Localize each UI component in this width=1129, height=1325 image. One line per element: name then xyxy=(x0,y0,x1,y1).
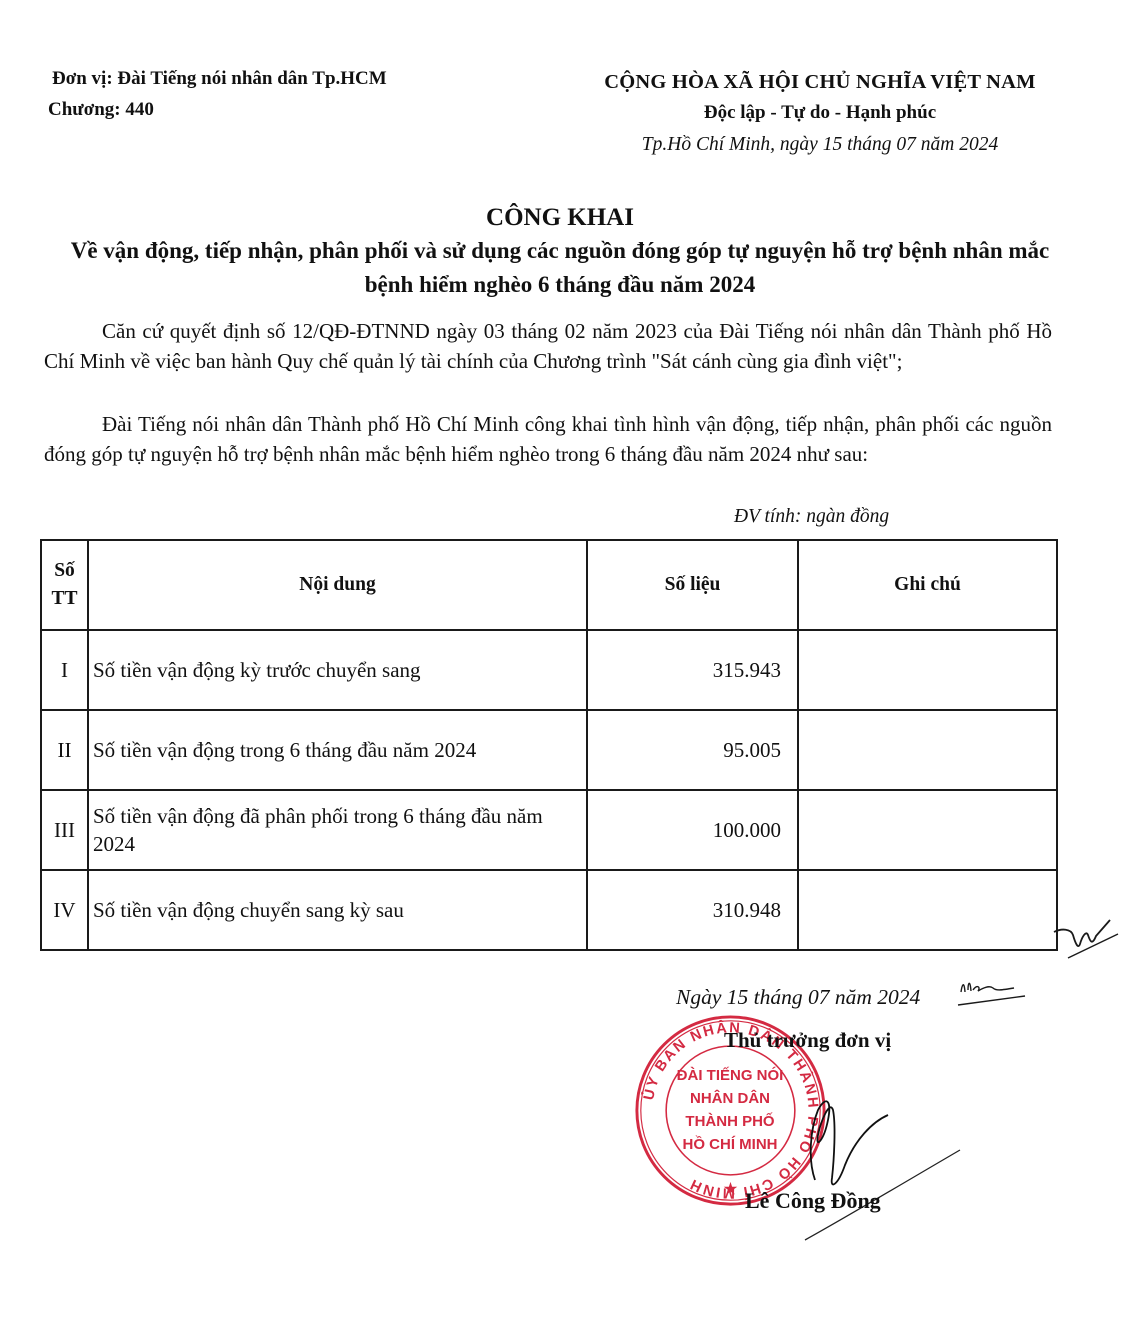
chapter-code: Chương: 440 xyxy=(48,99,154,121)
stt-header-line1: Số xyxy=(54,560,75,581)
stt-header-line2: TT xyxy=(51,588,77,609)
signature-date: Ngày 15 tháng 07 năm 2024 xyxy=(676,985,920,1010)
row-value: 310.948 xyxy=(587,870,798,950)
row-stt: IV xyxy=(41,870,88,950)
place-date: Tp.Hồ Chí Minh, ngày 15 tháng 07 năm 202… xyxy=(580,134,1060,156)
row-note xyxy=(798,870,1057,950)
disclosure-paragraph: Đài Tiếng nói nhân dân Thành phố Hồ Chí … xyxy=(44,409,1052,469)
table-header-row: Số TT Nội dung Số liệu Ghi chú xyxy=(41,540,1057,630)
document-title: CÔNG KHAI xyxy=(40,202,1080,234)
funds-table: Số TT Nội dung Số liệu Ghi chú I Số tiền… xyxy=(40,539,1058,951)
table-row: IV Số tiền vận động chuyển sang kỳ sau 3… xyxy=(41,870,1057,950)
row-stt: I xyxy=(41,630,88,710)
seal-inner-text: ĐÀI TIẾNG NÓI NHÂN DÂN THÀNH PHỐ HỒ CHÍ … xyxy=(660,1064,800,1156)
column-header-content: Nội dung xyxy=(88,540,587,630)
row-note xyxy=(798,630,1057,710)
row-value: 95.005 xyxy=(587,710,798,790)
column-header-stt: Số TT xyxy=(41,540,88,630)
table-row: III Số tiền vận động đã phân phối trong … xyxy=(41,790,1057,870)
row-note xyxy=(798,790,1057,870)
table-row: I Số tiền vận động kỳ trước chuyển sang … xyxy=(41,630,1057,710)
row-value: 315.943 xyxy=(587,630,798,710)
row-stt: II xyxy=(41,710,88,790)
row-content: Số tiền vận động kỳ trước chuyển sang xyxy=(88,630,587,710)
row-stt: III xyxy=(41,790,88,870)
row-note xyxy=(798,710,1057,790)
nation-motto: Độc lập - Tự do - Hạnh phúc xyxy=(580,102,1060,124)
table-row: II Số tiền vận động trong 6 tháng đầu nă… xyxy=(41,710,1057,790)
document-subtitle: Về vận động, tiếp nhận, phân phối và sử … xyxy=(60,234,1060,302)
national-header: CỘNG HÒA XÃ HỘI CHỦ NGHĨA VIỆT NAM Độc l… xyxy=(580,70,1060,156)
row-content: Số tiền vận động chuyển sang kỳ sau xyxy=(88,870,587,950)
row-content: Số tiền vận động trong 6 tháng đầu năm 2… xyxy=(88,710,587,790)
column-header-note: Ghi chú xyxy=(798,540,1057,630)
column-header-value: Số liệu xyxy=(587,540,798,630)
svg-text:★: ★ xyxy=(723,1179,739,1199)
seal-line: THÀNH PHỐ xyxy=(660,1110,800,1133)
document-title-block: CÔNG KHAI Về vận động, tiếp nhận, phân p… xyxy=(40,202,1080,302)
currency-unit-note: ĐV tính: ngàn đồng xyxy=(734,506,889,528)
row-content: Số tiền vận động đã phân phối trong 6 th… xyxy=(88,790,587,870)
row-value: 100.000 xyxy=(587,790,798,870)
seal-line: ĐÀI TIẾNG NÓI xyxy=(660,1064,800,1087)
unit-name: Đơn vị: Đài Tiếng nói nhân dân Tp.HCM xyxy=(52,68,387,90)
nation-title: CỘNG HÒA XÃ HỘI CHỦ NGHĨA VIỆT NAM xyxy=(580,70,1060,94)
signer-role: Thủ trưởng đơn vị xyxy=(724,1028,891,1053)
legal-basis-paragraph: Căn cứ quyết định số 12/QĐ-ĐTNND ngày 03… xyxy=(44,316,1052,376)
signer-name: Lê Công Đồng xyxy=(745,1188,881,1214)
seal-line: NHÂN DÂN xyxy=(660,1087,800,1110)
seal-line: HỒ CHÍ MINH xyxy=(660,1133,800,1156)
